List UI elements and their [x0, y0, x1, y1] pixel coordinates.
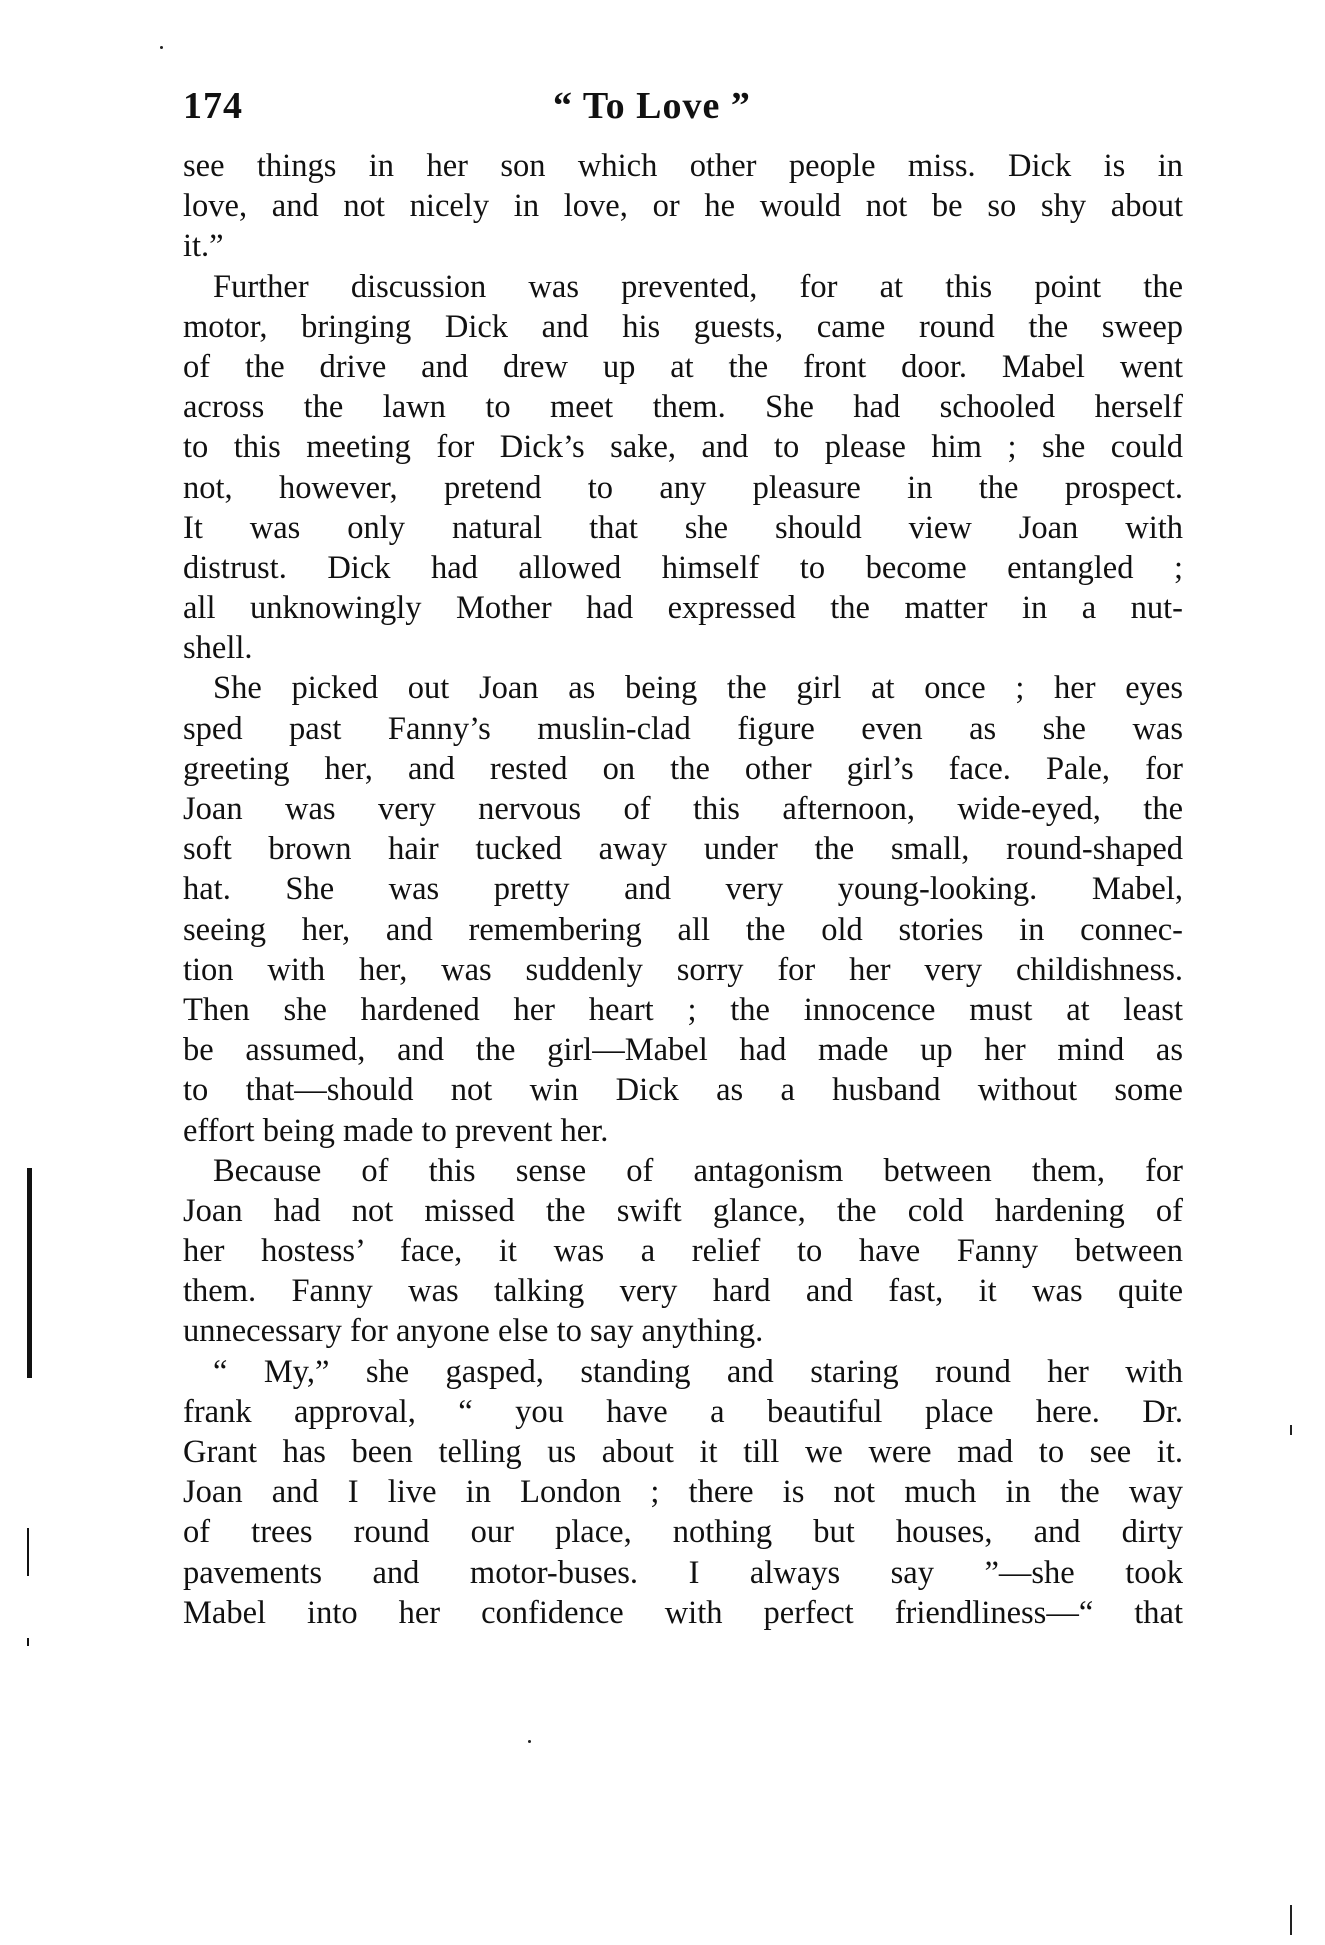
page-number: 174 — [183, 84, 243, 128]
scan-binding-shadow — [27, 1528, 29, 1576]
running-title: “ To Love ” — [553, 84, 751, 128]
text-line: motor, bringing Dick and his guests, cam… — [183, 307, 1183, 347]
text-line: greeting her, and rested on the other gi… — [183, 749, 1183, 789]
text-line: effort being made to prevent her. — [183, 1111, 1183, 1151]
text-line: across the lawn to meet them. She had sc… — [183, 387, 1183, 427]
body-text: see things in her son which other people… — [183, 146, 1183, 1633]
text-line: all unknowingly Mother had expressed the… — [183, 588, 1183, 628]
text-line: frank approval, “ you have a beautiful p… — [183, 1392, 1183, 1432]
text-line: be assumed, and the girl—Mabel had made … — [183, 1030, 1183, 1070]
text-line: soft brown hair tucked away under the sm… — [183, 829, 1183, 869]
text-line: Joan was very nervous of this afternoon,… — [183, 789, 1183, 829]
text-line: hat. She was pretty and very young-looki… — [183, 869, 1183, 909]
text-line: it.” — [183, 226, 1183, 266]
text-line: Joan had not missed the swift glance, th… — [183, 1191, 1183, 1231]
text-line: to that—should not win Dick as a husband… — [183, 1070, 1183, 1110]
scan-binding-shadow — [27, 1168, 32, 1378]
text-line: shell. — [183, 628, 1183, 668]
text-line: Mabel into her confidence with perfect f… — [183, 1593, 1183, 1633]
text-line: not, however, pretend to any pleasure in… — [183, 468, 1183, 508]
text-line: tion with her, was suddenly sorry for he… — [183, 950, 1183, 990]
paragraph-start-line: Further discussion was prevented, for at… — [183, 267, 1183, 307]
scan-speck — [528, 1740, 531, 1743]
text-line: unnecessary for anyone else to say anyth… — [183, 1311, 1183, 1351]
text-line: Then she hardened her heart ; the innoce… — [183, 990, 1183, 1030]
text-line: of trees round our place, nothing but ho… — [183, 1512, 1183, 1552]
text-line: her hostess’ face, it was a relief to ha… — [183, 1231, 1183, 1271]
paragraph-start-line: “ My,” she gasped, standing and staring … — [183, 1352, 1183, 1392]
scan-binding-shadow — [27, 1638, 29, 1646]
text-line: them. Fanny was talking very hard and fa… — [183, 1271, 1183, 1311]
text-line: sped past Fanny’s muslin-clad figure eve… — [183, 709, 1183, 749]
scan-speck — [160, 46, 163, 49]
text-line: distrust. Dick had allowed himself to be… — [183, 548, 1183, 588]
text-line: seeing her, and remembering all the old … — [183, 910, 1183, 950]
text-line: It was only natural that she should view… — [183, 508, 1183, 548]
text-line: Grant has been telling us about it till … — [183, 1432, 1183, 1472]
text-line: of the drive and drew up at the front do… — [183, 347, 1183, 387]
text-line: see things in her son which other people… — [183, 146, 1183, 186]
scan-speck — [1290, 1425, 1292, 1435]
text-line: pavements and motor-buses. I always say … — [183, 1553, 1183, 1593]
page-header: 174 “ To Love ” — [183, 84, 1183, 134]
paragraph-start-line: She picked out Joan as being the girl at… — [183, 668, 1183, 708]
text-line: love, and not nicely in love, or he woul… — [183, 186, 1183, 226]
text-line: to this meeting for Dick’s sake, and to … — [183, 427, 1183, 467]
book-page: 174 “ To Love ” see things in her son wh… — [0, 0, 1325, 1945]
scan-speck — [1290, 1905, 1292, 1935]
paragraph-start-line: Because of this sense of antagonism betw… — [183, 1151, 1183, 1191]
text-line: Joan and I live in London ; there is not… — [183, 1472, 1183, 1512]
